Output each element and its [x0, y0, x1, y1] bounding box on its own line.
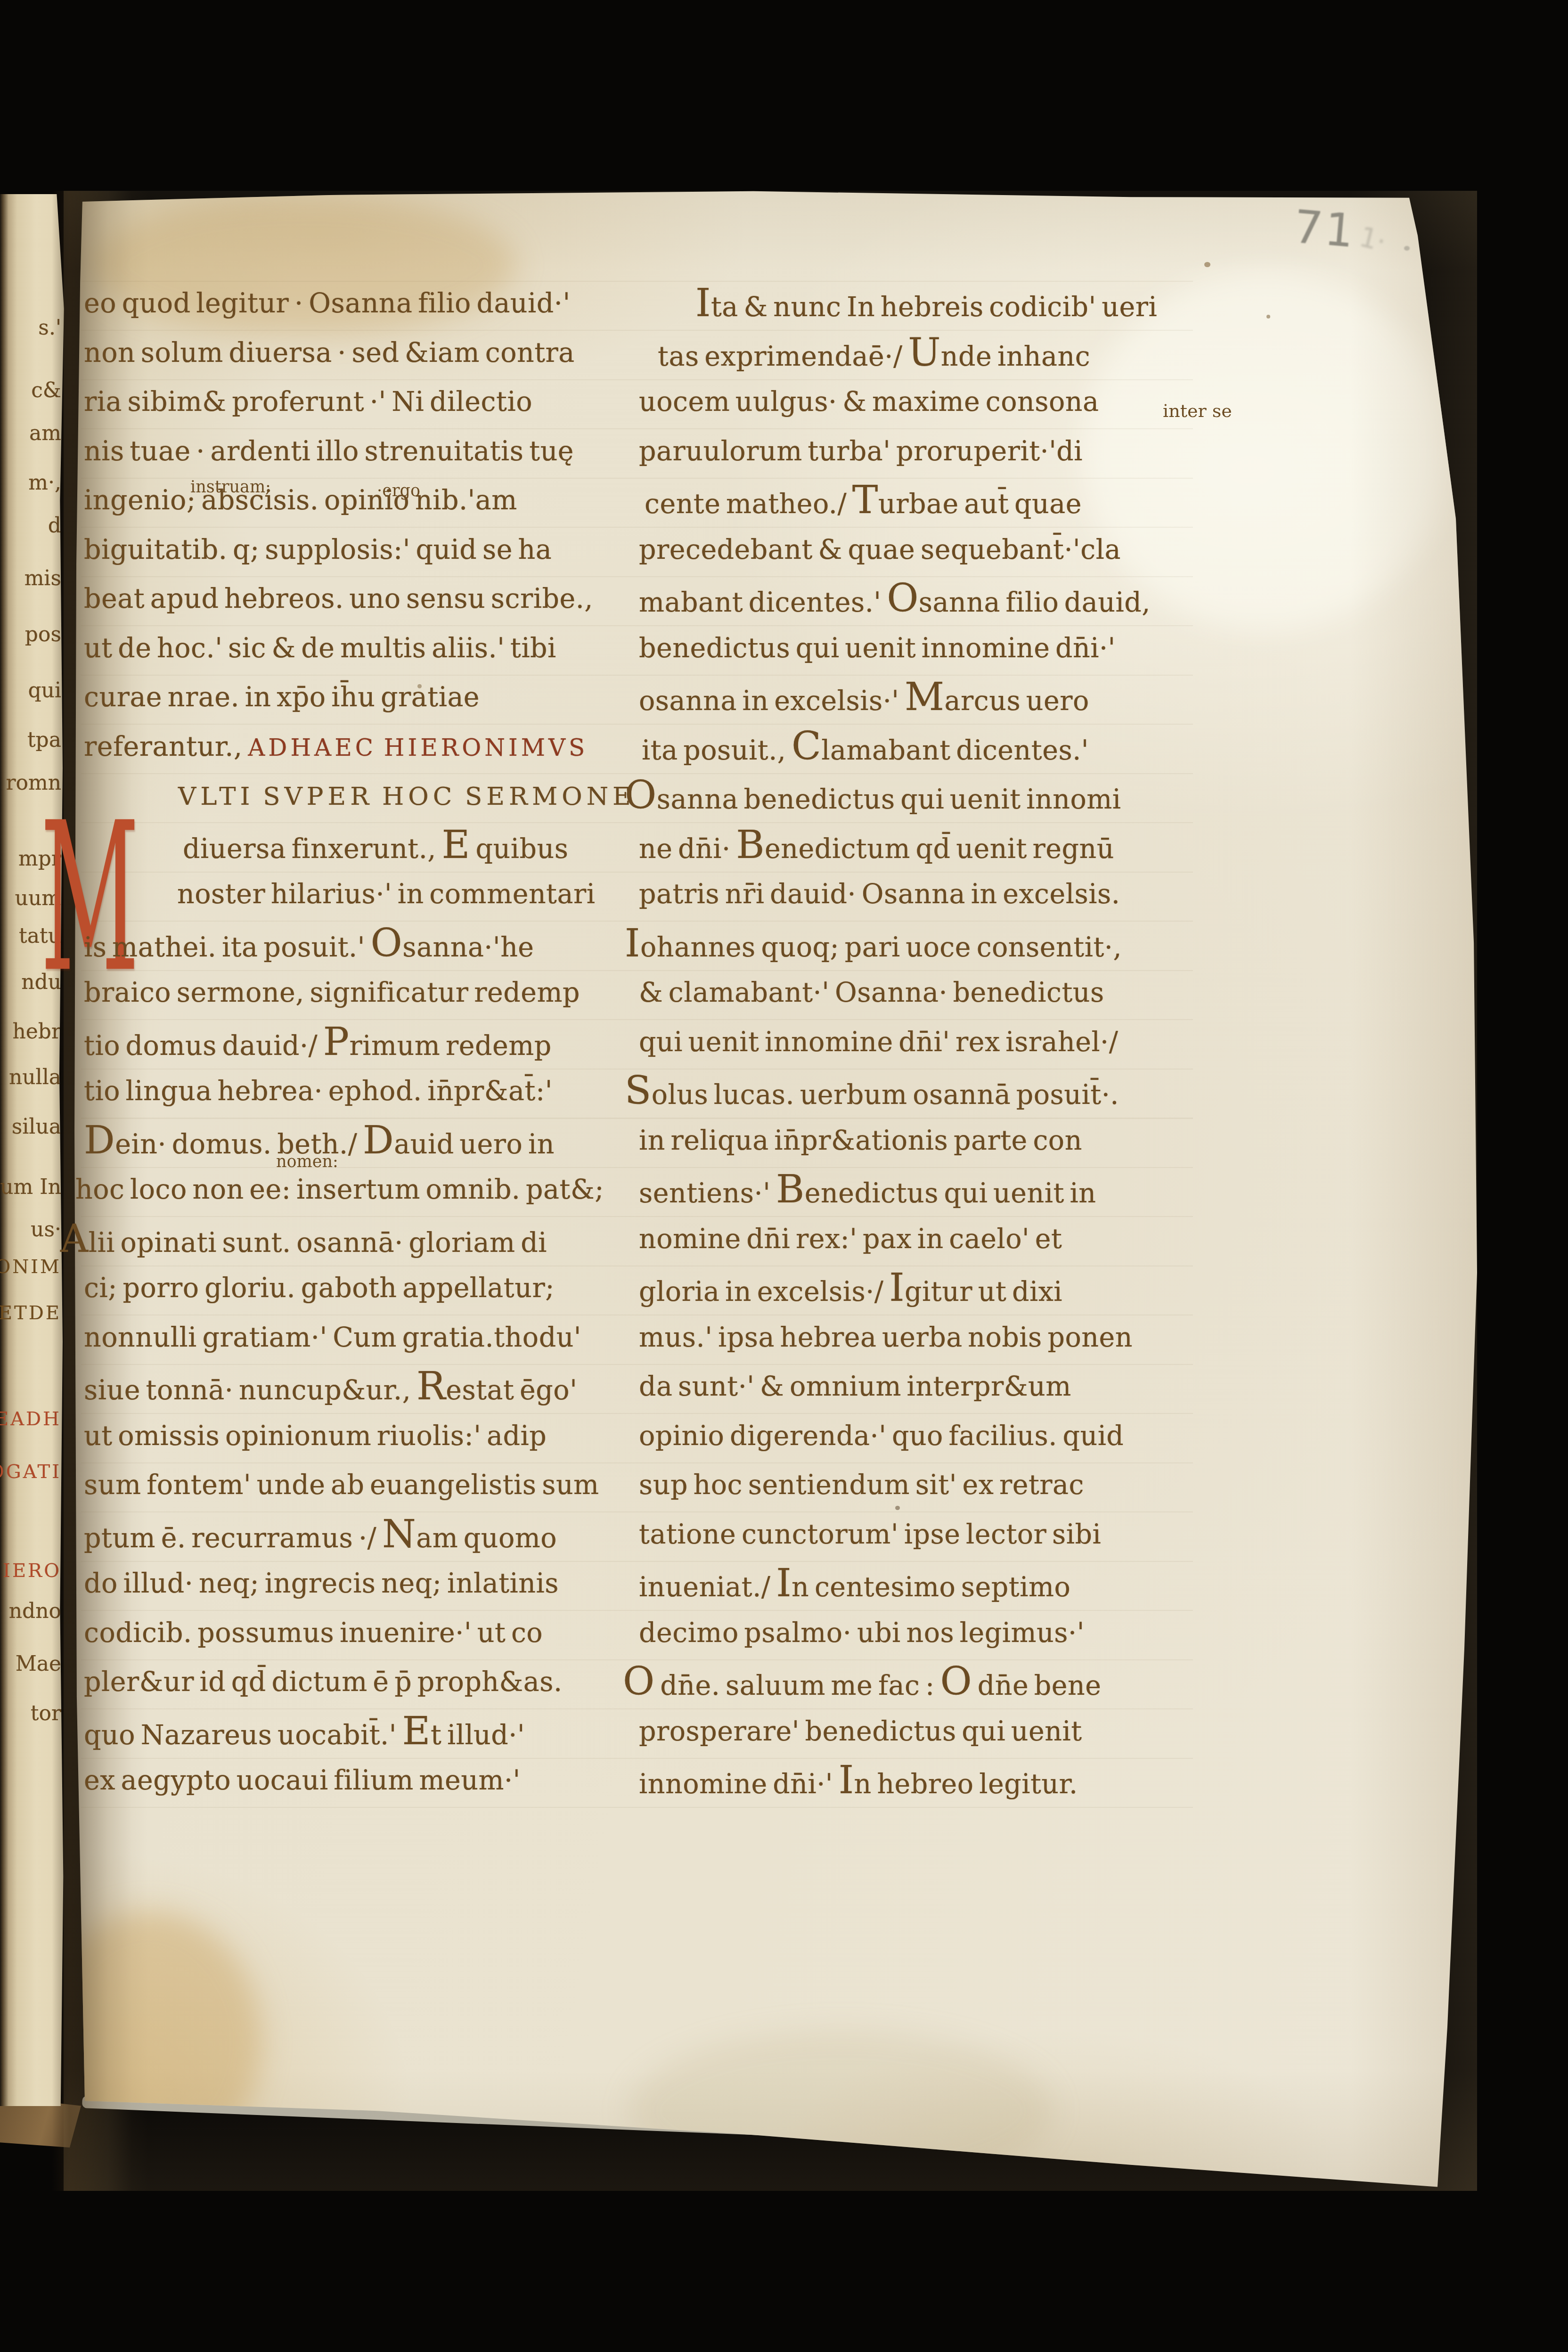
edge-text-fragment: nulla — [9, 1065, 61, 1089]
manuscript-text: opinio digerenda·' quo facilius. quid — [639, 1421, 1124, 1452]
manuscript-text: dn̄e. saluum me fac : — [655, 1670, 940, 1701]
manuscript-text: ne dn̄i· — [639, 833, 736, 865]
text-line: ex aegypto uocaui filium meum·' — [84, 1756, 635, 1805]
manuscript-text: R — [416, 1364, 446, 1409]
manuscript-text: ria sibim& proferunt ·' Ni dilectio — [84, 386, 532, 417]
manuscript-text: curae nrae. in xp̄o ih̄u gratiae — [84, 682, 480, 713]
text-line: ita posuit., Clamabant dicentes.' — [642, 722, 1157, 772]
text-line: quo Nazareus uocabit̄.' Et illud·' — [84, 1707, 635, 1756]
manuscript-text: dn̄e bene — [972, 1670, 1101, 1701]
manuscript-text: I — [695, 281, 711, 326]
manuscript-photo: s.'c&amm·,dmisposquitparomnmpruumtatundu… — [0, 0, 1568, 2352]
manuscript-text: D — [363, 1118, 394, 1163]
text-line: ut omissis opinionum riuolis:' adip — [84, 1412, 635, 1461]
manuscript-text: tas exprimendaē·/ — [658, 341, 908, 372]
text-line: siue tonnā· nuncup&ur., Restat ēgo' — [84, 1362, 635, 1412]
manuscript-text: hoc loco non ee: insertum omnib. pat&; — [75, 1174, 604, 1205]
text-line: nonnulli gratiam·' Cum gratia.thodu' — [84, 1313, 635, 1363]
text-line: innomine dn̄i·' In hebreo legitur. — [639, 1756, 1157, 1805]
manuscript-text: rimum redemp — [350, 1030, 552, 1062]
text-line: sup hoc sentiendum sit' ex retrac — [639, 1461, 1157, 1510]
manuscript-text: sum fontem' unde ab euangelistis sum — [84, 1470, 599, 1501]
edge-text-fragment: ndno — [9, 1599, 61, 1623]
manuscript-text: C — [792, 724, 821, 769]
text-line: non solum diuersa · sed &iam contra — [84, 328, 635, 378]
manuscript-text: n hebreo legitur. — [854, 1769, 1078, 1800]
interlinear-gloss: instruam; — [190, 478, 271, 497]
pencil-dot — [1404, 246, 1410, 251]
text-line: decimo psalmo· ubi nos legimus·' — [639, 1609, 1157, 1658]
manuscript-text: lii opinati sunt. osannā· gloriam di — [89, 1227, 547, 1258]
manuscript-text: ita posuit., — [642, 735, 792, 766]
text-line: tatione cunctorum' ipse lector sibi — [639, 1510, 1157, 1560]
edge-text-fragment: mis — [24, 566, 61, 590]
foxing-speck — [1204, 262, 1210, 267]
manuscript-text: A — [60, 1217, 89, 1261]
edge-text-fragment: s.' — [38, 316, 61, 340]
manuscript-text: biguitatib. q; supplosis:' quid se ha — [84, 534, 552, 565]
edge-text-fragment: Mae — [16, 1652, 61, 1676]
manuscript-text: n centesimo septimo — [792, 1572, 1070, 1603]
edge-text-fragment: ONIM — [0, 1256, 61, 1278]
manuscript-text: O — [371, 921, 403, 966]
text-line: Alii opinati sunt. osannā· gloriam di — [60, 1215, 635, 1264]
text-line: ci; porro gloriu. gaboth appellatur; — [84, 1264, 635, 1313]
manuscript-text: eo quod legitur · Osanna filio dauid·' — [84, 288, 571, 319]
manuscript-text: nde inhanc — [941, 341, 1090, 372]
manuscript-text: ci; porro gloriu. gaboth appellatur; — [84, 1273, 555, 1304]
manuscript-text: ohannes quoq; pari uoce consentit·, — [640, 932, 1122, 963]
text-line: codicib. possumus inuenire·' ut co — [84, 1609, 635, 1658]
manuscript-text: E — [402, 1709, 431, 1754]
edge-text-fragment: OGATI — [0, 1461, 61, 1483]
text-line: Solus lucas. uerbum osannā posuit̄·. — [625, 1067, 1157, 1116]
rubric-text: ADHAEC HIERONIMVS — [248, 734, 588, 761]
manuscript-text: non solum diuersa · sed &iam contra — [84, 337, 575, 368]
text-line: beat apud hebreos. uno sensu scribe., — [84, 574, 635, 624]
text-line: paruulorum turba' proruperit·'di — [639, 427, 1157, 476]
manuscript-text: O — [625, 773, 657, 818]
edge-text-fragment: tor — [31, 1701, 61, 1725]
text-line: mus.' ipsa hebrea uerba nobis ponen — [639, 1313, 1157, 1363]
manuscript-text: tio lingua hebrea· ephod. in̄pr&at̄:' — [84, 1076, 553, 1107]
text-line: Iohannes quoq; pari uoce consentit·, — [625, 919, 1157, 969]
manuscript-text: S — [625, 1069, 652, 1113]
text-line: eo quod legitur · Osanna filio dauid·' — [84, 279, 635, 328]
manuscript-text: gloria in excelsis·/ — [639, 1276, 889, 1307]
manuscript-text: nomine dn̄i rex:' pax in caelo' et — [639, 1224, 1062, 1255]
manuscript-text: nis tuae · ardenti illo strenuitatis tuę — [84, 436, 574, 467]
manuscript-text: sup hoc sentiendum sit' ex retrac — [639, 1470, 1084, 1501]
manuscript-text: ta & nunc In hebreis codicib' ueri — [711, 292, 1157, 323]
text-line: ne dn̄i· Benedictum qd̄ uenit regnū — [639, 821, 1157, 870]
interlinear-gloss: nomen: — [276, 1152, 338, 1171]
edge-text-fragment: silua — [12, 1115, 61, 1139]
manuscript-text: ex aegypto uocaui filium meum·' — [84, 1765, 521, 1796]
manuscript-text: auid uero in — [394, 1129, 555, 1160]
manuscript-text: precedebant & quae sequebant̄·'cla — [639, 534, 1121, 565]
text-line: is mathei. ita posuit.' Osanna·'he — [84, 919, 635, 969]
text-line: patris nr̄i dauid· Osanna in excelsis. — [639, 870, 1157, 919]
text-line: qui uenit innomine dn̄i' rex israhel·/ — [639, 1018, 1157, 1067]
text-line: nomine dn̄i rex:' pax in caelo' et — [639, 1215, 1157, 1264]
text-line: uocem uulgus· & maxime consona — [639, 377, 1157, 427]
text-line: osanna in excelsis·' Marcus uero — [639, 673, 1157, 722]
manuscript-text: N — [382, 1512, 416, 1557]
manuscript-text: B — [736, 823, 765, 867]
manuscript-text: pler&ur id qd̄ dictum ē p̄ proph&as. — [84, 1666, 563, 1698]
text-line: benedictus qui uenit innomine dn̄i·' — [639, 624, 1157, 673]
edge-text-fragment: us· — [31, 1217, 61, 1241]
text-line: biguitatib. q; supplosis:' quid se ha — [84, 525, 635, 575]
manuscript-text: mabant dicentes.' — [639, 587, 887, 618]
manuscript-text: quibus — [470, 833, 569, 865]
manuscript-text: O — [623, 1659, 655, 1704]
manuscript-text: referantur., — [84, 731, 248, 762]
previous-leaf-edge: s.'c&amm·,dmisposquitparomnmpruumtatundu… — [0, 194, 66, 2106]
manuscript-text: D — [84, 1118, 115, 1163]
manuscript-text: tatione cunctorum' ipse lector sibi — [639, 1519, 1101, 1550]
manuscript-text: cente matheo./ — [645, 489, 852, 520]
text-line: sum fontem' unde ab euangelistis sum — [84, 1461, 635, 1510]
manuscript-text: siue tonnā· nuncup&ur., — [84, 1375, 416, 1406]
edge-text-fragment: am — [29, 421, 61, 445]
manuscript-text: patris nr̄i dauid· Osanna in excelsis. — [639, 879, 1120, 910]
manuscript-text: t illud·' — [431, 1720, 525, 1751]
manuscript-text: VLTI SVPER HOC SERMONE — [178, 782, 635, 811]
text-line: gloria in excelsis·/ Igitur ut dixi — [639, 1264, 1157, 1313]
manuscript-text: & clamabant·' Osanna· benedictus — [639, 977, 1104, 1008]
manuscript-text: benedictus qui uenit innomine dn̄i·' — [639, 633, 1116, 664]
interlinear-gloss: ·ergo — [377, 482, 420, 500]
edge-text-fragment: qui — [28, 678, 61, 702]
manuscript-text: urbae aut̄ quae — [878, 489, 1082, 520]
manuscript-text: ut omissis opinionum riuolis:' adip — [84, 1421, 547, 1452]
text-line: opinio digerenda·' quo facilius. quid — [639, 1412, 1157, 1461]
manuscript-text: ut de hoc.' sic & de multis aliis.' tibi — [84, 633, 556, 664]
manuscript-text: O — [887, 576, 919, 621]
manuscript-text: olus lucas. uerbum osannā posuit̄·. — [652, 1079, 1119, 1111]
text-line: in reliqua in̄pr&ationis parte con — [639, 1116, 1157, 1166]
text-line: Dein· domus. beth./ Dauid uero in — [84, 1116, 635, 1166]
text-line: precedebant & quae sequebant̄·'cla — [639, 525, 1157, 575]
manuscript-text: I — [776, 1561, 792, 1606]
manuscript-text: osanna in excelsis·' — [639, 686, 905, 717]
text-line: ria sibim& proferunt ·' Ni dilectio — [84, 377, 635, 427]
manuscript-text: O — [940, 1659, 972, 1704]
manuscript-text: E — [442, 823, 470, 867]
manuscript-text: quo Nazareus uocabit̄.' — [84, 1720, 402, 1751]
manuscript-text: decimo psalmo· ubi nos legimus·' — [639, 1617, 1085, 1649]
text-line: nis tuae · ardenti illo strenuitatis tuę — [84, 427, 635, 476]
manuscript-text: prosperare' benedictus qui uenit — [639, 1716, 1082, 1747]
edge-text-fragment: m·, — [28, 471, 61, 495]
manuscript-text: diuersa finxerunt., — [183, 833, 442, 865]
manuscript-text: da sunt·' & omnium interpr&um — [639, 1371, 1071, 1402]
column-right: Ita & nunc In hebreis codicib' ueritas e… — [639, 279, 1157, 1805]
text-line: tas exprimendaē·/ Unde inhanc — [658, 328, 1157, 378]
edge-text-fragment: pos — [25, 622, 61, 646]
manuscript-text: estat ēgo' — [446, 1375, 577, 1406]
text-line: ingenio; abscisis. opinio nib.'am — [84, 476, 635, 525]
text-line: mabant dicentes.' Osanna filio dauid, — [639, 574, 1157, 624]
manuscript-text: sanna filio dauid, — [919, 587, 1151, 618]
manuscript-text: ingenio; abscisis. opinio nib.'am — [84, 485, 517, 516]
manuscript-text: P — [323, 1020, 350, 1064]
manuscript-text: nonnulli gratiam·' Cum gratia.thodu' — [84, 1322, 581, 1353]
manuscript-text: codicib. possumus inuenire·' ut co — [84, 1617, 543, 1649]
text-line: diuersa finxerunt., E quibus — [183, 821, 635, 870]
manuscript-text: ptum ē. recurramus ·/ — [84, 1523, 382, 1554]
edge-text-fragment: hebr — [12, 1020, 61, 1044]
manuscript-text: in reliqua in̄pr&ationis parte con — [639, 1125, 1082, 1156]
manuscript-text: I — [625, 921, 640, 966]
folio-number: 71 — [1291, 200, 1358, 258]
manuscript-text: sanna benedictus qui uenit innomi — [657, 784, 1121, 815]
manuscript-text: mus.' ipsa hebrea uerba nobis ponen — [639, 1322, 1133, 1353]
manuscript-text: innomine dn̄i·' — [639, 1769, 839, 1800]
text-line: noster hilarius·' in commentari — [177, 870, 635, 919]
manuscript-text: I — [889, 1266, 905, 1310]
edge-text-fragment: IERO — [3, 1560, 61, 1582]
foxing-speck — [1266, 315, 1270, 318]
manuscript-text: sentiens·' — [639, 1178, 776, 1209]
margin-note: inter se — [1163, 400, 1232, 421]
manuscript-text: inueniat./ — [639, 1572, 776, 1603]
manuscript-text: is mathei. ita posuit.' — [84, 932, 371, 963]
text-line: Ita & nunc In hebreis codicib' ueri — [695, 279, 1157, 328]
edge-text-fragment: ETDE — [0, 1302, 61, 1324]
text-line: tio lingua hebrea· ephod. in̄pr&at̄:' — [84, 1067, 635, 1116]
edge-text-fragment: um In — [0, 1175, 61, 1199]
manuscript-text: braico sermone, significatur redemp — [84, 977, 580, 1008]
text-line: braico sermone, significatur redemp — [84, 968, 635, 1018]
manuscript-text: qui uenit innomine dn̄i' rex israhel·/ — [639, 1027, 1118, 1058]
text-line: ut de hoc.' sic & de multis aliis.' tibi — [84, 624, 635, 673]
edge-text-fragment: tpa — [27, 728, 61, 752]
manuscript-text: M — [905, 675, 944, 719]
text-line: referantur., ADHAEC HIERONIMVS — [84, 722, 635, 772]
text-line: sentiens·' Benedictus qui uenit in — [639, 1165, 1157, 1215]
manuscript-text: B — [776, 1167, 805, 1212]
manuscript-text: lamabant dicentes.' — [821, 735, 1089, 766]
parchment-stain — [629, 2031, 1053, 2191]
manuscript-text: beat apud hebreos. uno sensu scribe., — [84, 583, 593, 614]
text-line: O dn̄e. saluum me fac : O dn̄e bene — [623, 1658, 1157, 1707]
manuscript-text: gitur ut dixi — [905, 1276, 1062, 1307]
text-line: VLTI SVPER HOC SERMONE — [178, 771, 635, 821]
text-line: prosperare' benedictus qui uenit — [639, 1707, 1157, 1756]
manuscript-text: enedictum qd̄ uenit regnū — [765, 833, 1114, 865]
text-line: Osanna benedictus qui uenit innomi — [625, 771, 1157, 821]
manuscript-text: U — [908, 330, 941, 375]
manuscript-text: tio domus dauid·/ — [84, 1030, 323, 1062]
column-left: eo quod legitur · Osanna filio dauid·'no… — [84, 279, 635, 1805]
text-line: do illud· neq; ingrecis neq; inlatinis — [84, 1559, 635, 1609]
text-line: & clamabant·' Osanna· benedictus — [639, 968, 1157, 1018]
manuscript-text: T — [852, 478, 878, 523]
text-line: da sunt·' & omnium interpr&um — [639, 1362, 1157, 1412]
manuscript-text: paruulorum turba' proruperit·'di — [639, 436, 1083, 467]
text-line: ptum ē. recurramus ·/ Nam quomo — [84, 1510, 635, 1560]
edge-text-fragment: d — [48, 514, 61, 538]
manuscript-text: sanna·'he — [402, 932, 534, 963]
manuscript-text: noster hilarius·' in commentari — [177, 879, 596, 910]
edge-text-fragment: c& — [31, 378, 61, 402]
manuscript-text: uocem uulgus· & maxime consona — [639, 386, 1099, 417]
manuscript-text: I — [839, 1758, 854, 1803]
edge-text-fragment: PEADH — [0, 1408, 61, 1430]
text-line: pler&ur id qd̄ dictum ē p̄ proph&as. — [84, 1658, 635, 1707]
manuscript-text: do illud· neq; ingrecis neq; inlatinis — [84, 1568, 559, 1599]
text-line: inueniat./ In centesimo septimo — [639, 1559, 1157, 1609]
text-line: cente matheo./ Turbae aut̄ quae — [645, 476, 1157, 525]
text-line: hoc loco non ee: insertum omnib. pat&; — [75, 1165, 635, 1215]
text-line: curae nrae. in xp̄o ih̄u gratiae — [84, 673, 635, 722]
manuscript-text: am quomo — [416, 1523, 557, 1554]
manuscript-text: arcus uero — [945, 686, 1089, 717]
manuscript-text: enedictus qui uenit in — [805, 1178, 1096, 1209]
text-line: tio domus dauid·/ Primum redemp — [84, 1018, 635, 1067]
